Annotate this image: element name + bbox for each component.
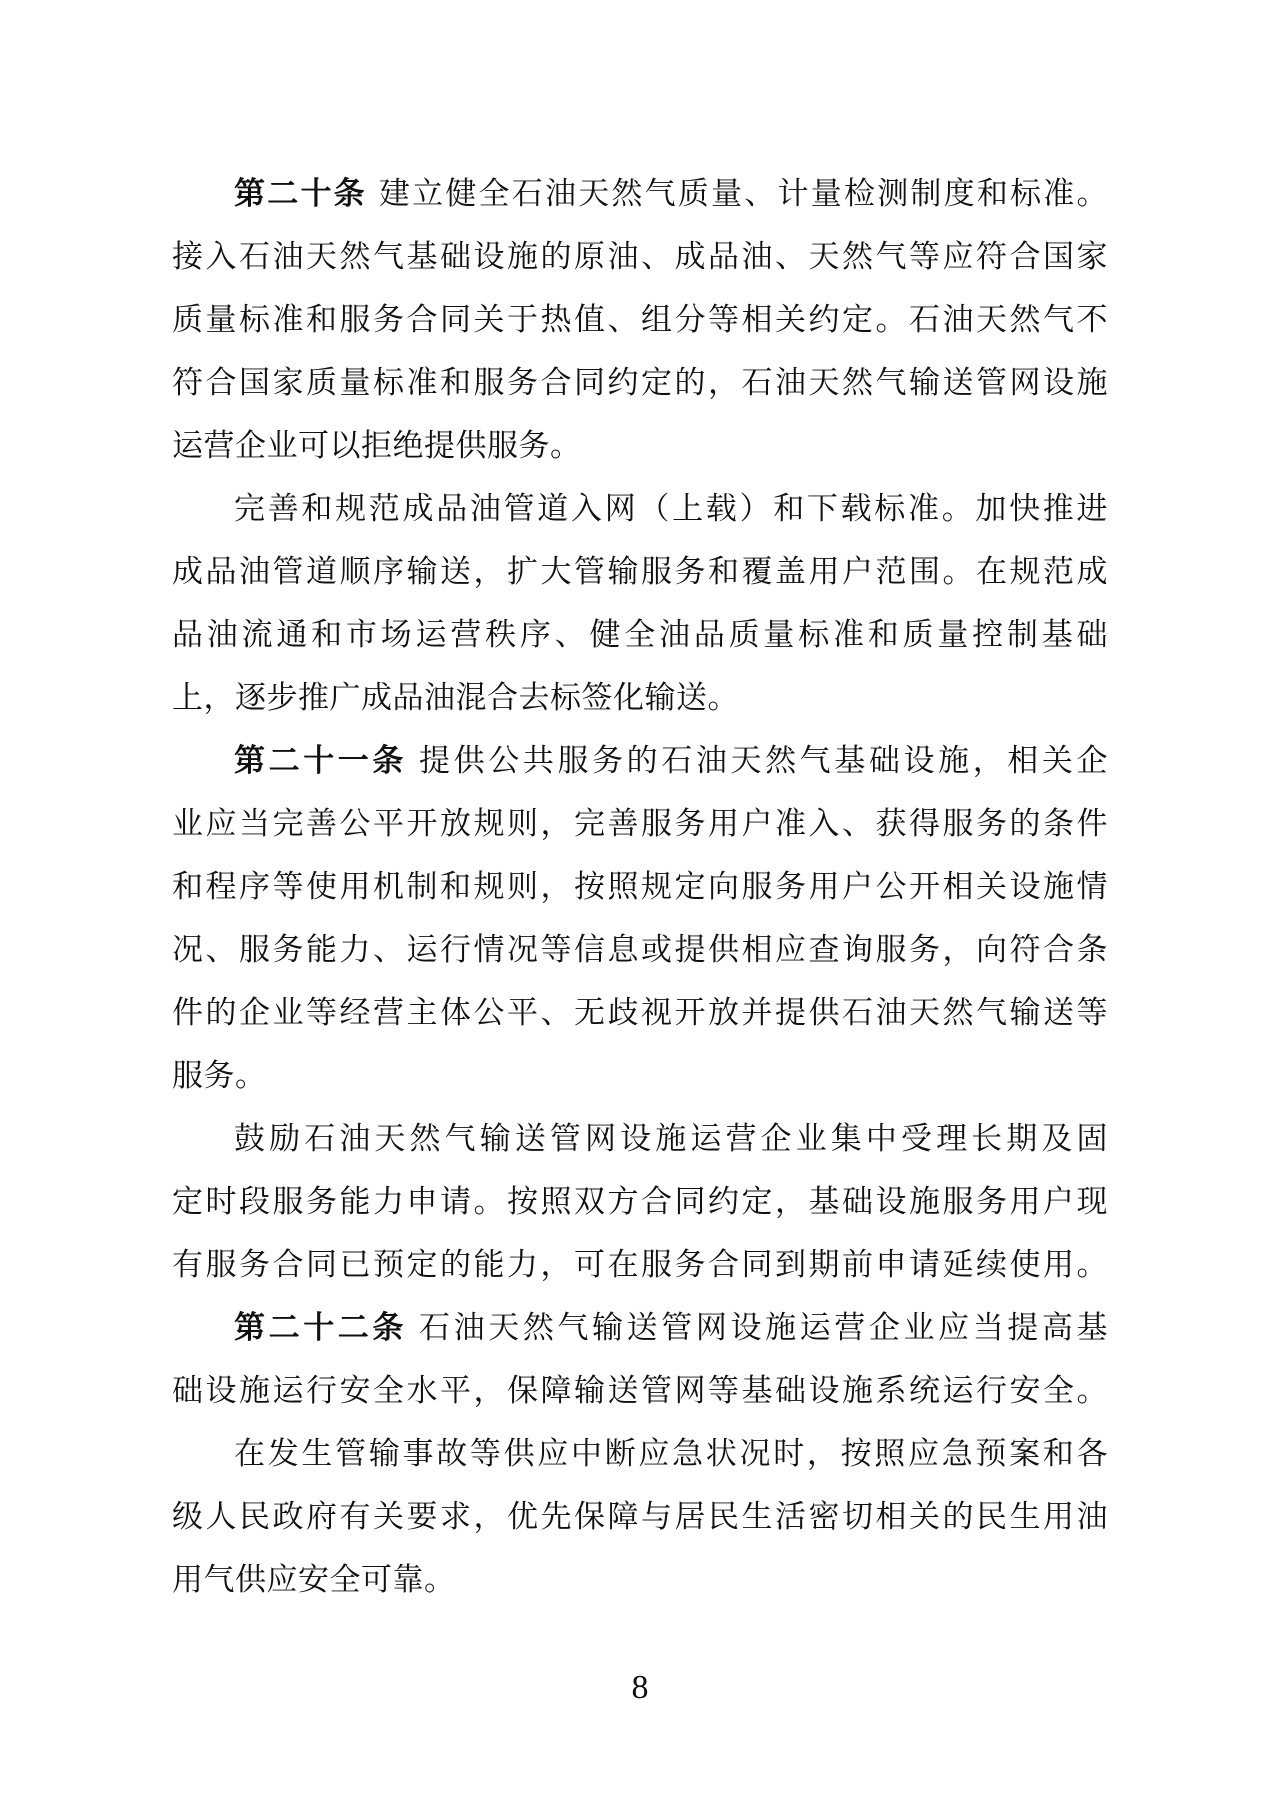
article-number: 第二十一条 bbox=[234, 743, 407, 778]
line-text: 建立健全石油天然气质量、计量检测制度和标准。 bbox=[379, 176, 1108, 211]
text-line: 第二十二条石油天然气输送管网设施运营企业应当提高基 bbox=[172, 1296, 1108, 1359]
line-text: 和程序等使用机制和规则，按照规定向服务用户公开相关设施情 bbox=[172, 869, 1108, 904]
text-line: 况、服务能力、运行情况等信息或提供相应查询服务，向符合条 bbox=[172, 918, 1108, 981]
line-text: 质量标准和服务合同关于热值、组分等相关约定。石油天然气不 bbox=[172, 302, 1108, 337]
line-text: 件的企业等经营主体公平、无歧视开放并提供石油天然气输送等 bbox=[172, 995, 1108, 1030]
line-text: 服务。 bbox=[172, 1058, 267, 1093]
line-text: 品油流通和市场运营秩序、健全油品质量标准和质量控制基础 bbox=[172, 617, 1108, 652]
line-text: 在发生管输事故等供应中断应急状况时，按照应急预案和各 bbox=[234, 1436, 1108, 1471]
text-line: 接入石油天然气基础设施的原油、成品油、天然气等应符合国家 bbox=[172, 225, 1108, 288]
text-line: 服务。 bbox=[172, 1044, 1108, 1107]
article-number: 第二十二条 bbox=[234, 1310, 407, 1345]
text-line: 品油流通和市场运营秩序、健全油品质量标准和质量控制基础 bbox=[172, 603, 1108, 666]
line-text: 完善和规范成品油管道入网（上载）和下载标准。加快推进 bbox=[234, 491, 1108, 526]
line-text: 用气供应安全可靠。 bbox=[172, 1562, 456, 1597]
text-line: 成品油管道顺序输送，扩大管输服务和覆盖用户范围。在规范成 bbox=[172, 540, 1108, 603]
line-text: 石油天然气输送管网设施运营企业应当提高基 bbox=[419, 1310, 1108, 1345]
line-text: 定时段服务能力申请。按照双方合同约定，基础设施服务用户现 bbox=[172, 1184, 1108, 1219]
text-line: 在发生管输事故等供应中断应急状况时，按照应急预案和各 bbox=[172, 1422, 1108, 1485]
text-line: 有服务合同已预定的能力，可在服务合同到期前申请延续使用。 bbox=[172, 1233, 1108, 1296]
text-line: 业应当完善公平开放规则，完善服务用户准入、获得服务的条件 bbox=[172, 792, 1108, 855]
text-line: 质量标准和服务合同关于热值、组分等相关约定。石油天然气不 bbox=[172, 288, 1108, 351]
line-text: 础设施运行安全水平，保障输送管网等基础设施系统运行安全。 bbox=[172, 1373, 1108, 1408]
line-text: 运营企业可以拒绝提供服务。 bbox=[172, 428, 582, 463]
line-text: 有服务合同已预定的能力，可在服务合同到期前申请延续使用。 bbox=[172, 1247, 1108, 1282]
text-line: 上，逐步推广成品油混合去标签化输送。 bbox=[172, 666, 1108, 729]
line-text: 级人民政府有关要求，优先保障与居民生活密切相关的民生用油 bbox=[172, 1499, 1108, 1534]
text-line: 鼓励石油天然气输送管网设施运营企业集中受理长期及固 bbox=[172, 1107, 1108, 1170]
line-text: 况、服务能力、运行情况等信息或提供相应查询服务，向符合条 bbox=[172, 932, 1108, 967]
text-line: 定时段服务能力申请。按照双方合同约定，基础设施服务用户现 bbox=[172, 1170, 1108, 1233]
document-body: 第二十条建立健全石油天然气质量、计量检测制度和标准。接入石油天然气基础设施的原油… bbox=[172, 162, 1108, 1611]
text-line: 础设施运行安全水平，保障输送管网等基础设施系统运行安全。 bbox=[172, 1359, 1108, 1422]
text-line: 和程序等使用机制和规则，按照规定向服务用户公开相关设施情 bbox=[172, 855, 1108, 918]
line-text: 上，逐步推广成品油混合去标签化输送。 bbox=[172, 680, 739, 715]
line-text: 成品油管道顺序输送，扩大管输服务和覆盖用户范围。在规范成 bbox=[172, 554, 1108, 589]
line-text: 符合国家质量标准和服务合同约定的，石油天然气输送管网设施 bbox=[172, 365, 1108, 400]
text-line: 完善和规范成品油管道入网（上载）和下载标准。加快推进 bbox=[172, 477, 1108, 540]
text-line: 用气供应安全可靠。 bbox=[172, 1548, 1108, 1611]
document-page: 第二十条建立健全石油天然气质量、计量检测制度和标准。接入石油天然气基础设施的原油… bbox=[0, 0, 1280, 1810]
text-line: 件的企业等经营主体公平、无歧视开放并提供石油天然气输送等 bbox=[172, 981, 1108, 1044]
page-number: 8 bbox=[0, 1664, 1280, 1712]
line-text: 业应当完善公平开放规则，完善服务用户准入、获得服务的条件 bbox=[172, 806, 1108, 841]
text-line: 级人民政府有关要求，优先保障与居民生活密切相关的民生用油 bbox=[172, 1485, 1108, 1548]
article-number: 第二十条 bbox=[234, 176, 367, 211]
text-line: 运营企业可以拒绝提供服务。 bbox=[172, 414, 1108, 477]
line-text: 鼓励石油天然气输送管网设施运营企业集中受理长期及固 bbox=[234, 1121, 1108, 1156]
text-line: 第二十条建立健全石油天然气质量、计量检测制度和标准。 bbox=[172, 162, 1108, 225]
text-line: 符合国家质量标准和服务合同约定的，石油天然气输送管网设施 bbox=[172, 351, 1108, 414]
line-text: 接入石油天然气基础设施的原油、成品油、天然气等应符合国家 bbox=[172, 239, 1108, 274]
line-text: 提供公共服务的石油天然气基础设施，相关企 bbox=[419, 743, 1108, 778]
text-line: 第二十一条提供公共服务的石油天然气基础设施，相关企 bbox=[172, 729, 1108, 792]
